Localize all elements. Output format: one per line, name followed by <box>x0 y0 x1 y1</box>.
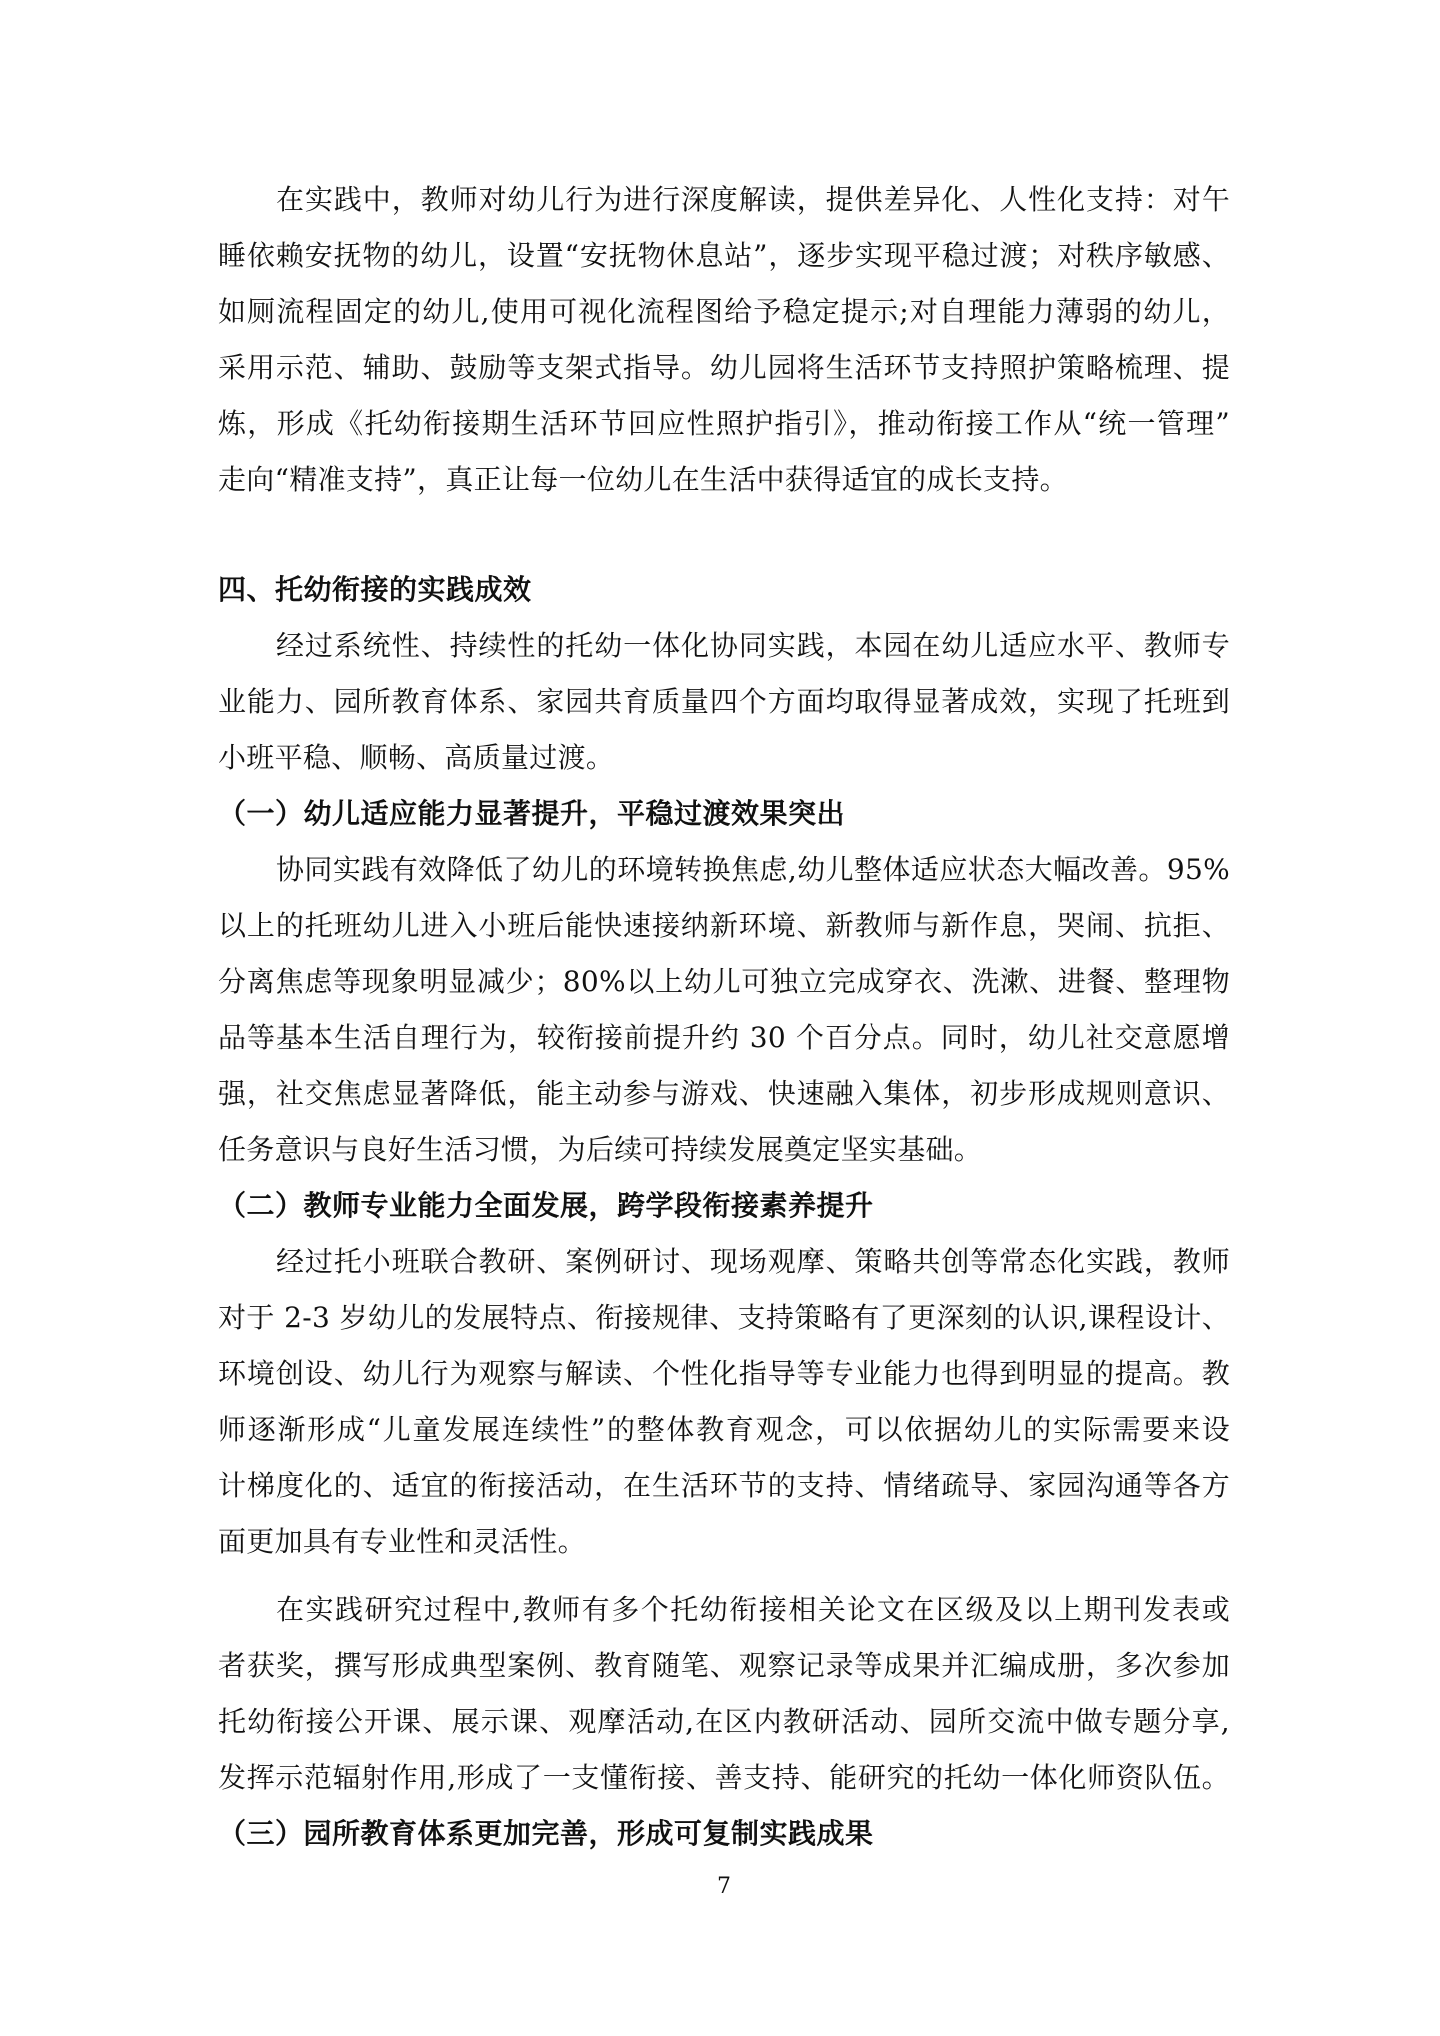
paragraph-line: 环境创设、幼儿行为观察与解读、个性化指导等专业能力也得到明显的提高。教 <box>218 1354 1230 1394</box>
paragraph-line: 在实践研究过程中,教师有多个托幼衔接相关论文在区级及以上期刊发表或 <box>276 1590 1230 1630</box>
paragraph-line: 炼，形成《托幼衔接期生活环节回应性照护指引》，推动衔接工作从“统一管理” <box>218 404 1230 444</box>
paragraph-line: 对于 2-3 岁幼儿的发展特点、衔接规律、支持策略有了更深刻的认识,课程设计、 <box>218 1298 1230 1338</box>
subsection-heading: （二）教师专业能力全面发展，跨学段衔接素养提升 <box>218 1186 874 1226</box>
page-number: 7 <box>218 1872 1230 1902</box>
paragraph-line: 小班平稳、顺畅、高质量过渡。 <box>218 738 1230 778</box>
paragraph-line: 强，社交焦虑显著降低，能主动参与游戏、快速融入集体，初步形成规则意识、 <box>218 1074 1230 1114</box>
paragraph-line: 走向“精准支持”，真正让每一位幼儿在生活中获得适宜的成长支持。 <box>218 460 1230 500</box>
paragraph-line: 发挥示范辐射作用,形成了一支懂衔接、善支持、能研究的托幼一体化师资队伍。 <box>218 1758 1230 1798</box>
paragraph-line: 面更加具有专业性和灵活性。 <box>218 1522 1230 1562</box>
section-heading: 四、托幼衔接的实践成效 <box>218 570 532 610</box>
paragraph-line: 睡依赖安抚物的幼儿，设置“安抚物休息站”，逐步实现平稳过渡；对秩序敏感、 <box>218 236 1230 276</box>
paragraph-line: 如厕流程固定的幼儿,使用可视化流程图给予稳定提示;对自理能力薄弱的幼儿， <box>218 292 1230 332</box>
paragraph-line: 任务意识与良好生活习惯，为后续可持续发展奠定坚实基础。 <box>218 1130 1230 1170</box>
subsection-heading: （三）园所教育体系更加完善，形成可复制实践成果 <box>218 1814 874 1854</box>
paragraph-line: 经过系统性、持续性的托幼一体化协同实践，本园在幼儿适应水平、教师专 <box>276 626 1230 666</box>
paragraph-line: 托幼衔接公开课、展示课、观摩活动,在区内教研活动、园所交流中做专题分享, <box>218 1702 1230 1742</box>
paragraph-line: 品等基本生活自理行为，较衔接前提升约 30 个百分点。同时，幼儿社交意愿增 <box>218 1018 1230 1058</box>
paragraph-line: 协同实践有效降低了幼儿的环境转换焦虑,幼儿整体适应状态大幅改善。95% <box>276 850 1230 890</box>
paragraph-line: 计梯度化的、适宜的衔接活动，在生活环节的支持、情绪疏导、家园沟通等各方 <box>218 1466 1230 1506</box>
paragraph-line: 分离焦虑等现象明显减少；80%以上幼儿可独立完成穿衣、洗漱、进餐、整理物 <box>218 962 1230 1002</box>
paragraph-line: 经过托小班联合教研、案例研讨、现场观摩、策略共创等常态化实践，教师 <box>276 1242 1230 1282</box>
paragraph-line: 者获奖，撰写形成典型案例、教育随笔、观察记录等成果并汇编成册，多次参加 <box>218 1646 1230 1686</box>
paragraph-line: 采用示范、辅助、鼓励等支架式指导。幼儿园将生活环节支持照护策略梳理、提 <box>218 348 1230 388</box>
paragraph-line: 在实践中，教师对幼儿行为进行深度解读，提供差异化、人性化支持：对午 <box>276 180 1230 220</box>
paragraph-line: 以上的托班幼儿进入小班后能快速接纳新环境、新教师与新作息，哭闹、抗拒、 <box>218 906 1230 946</box>
subsection-heading: （一）幼儿适应能力显著提升，平稳过渡效果突出 <box>218 794 845 834</box>
paragraph-line: 师逐渐形成“儿童发展连续性”的整体教育观念，可以依据幼儿的实际需要来设 <box>218 1410 1230 1450</box>
paragraph-line: 业能力、园所教育体系、家园共育质量四个方面均取得显著成效，实现了托班到 <box>218 682 1230 722</box>
